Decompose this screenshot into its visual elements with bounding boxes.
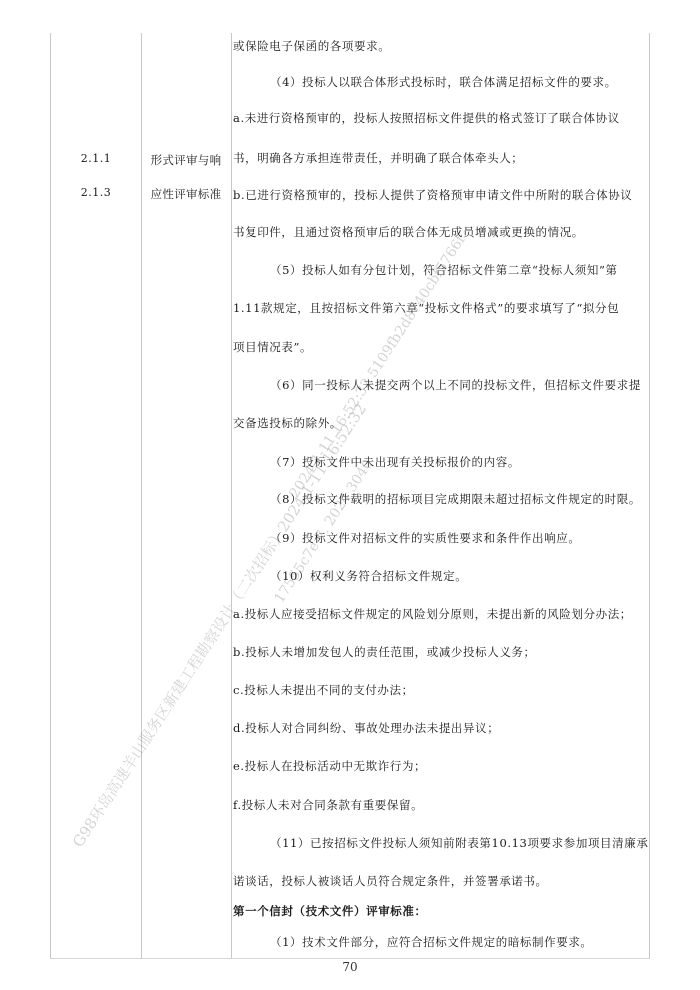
- content-line: （4）投标人以联合体形式投标时，联合体满足招标文件的要求。: [270, 74, 617, 90]
- content-line: a.投标人应接受招标文件规定的风险划分原则，未提出新的风险划分办法；: [233, 606, 632, 622]
- column-divider: [141, 33, 142, 958]
- content-line: c.投标人未提出不同的支付办法；: [233, 682, 414, 698]
- content-line: （11）已按招标文件投标人须知前附表第10.13项要求参加项目清廉承: [270, 835, 648, 851]
- content-line: 或保险电子保函的各项要求。: [233, 38, 390, 54]
- content-line: b.已进行资格预审的，投标人提供了资格预审申请文件中所附的联合体协议: [233, 187, 632, 203]
- clause-name-line: 形式评审与响: [141, 152, 231, 168]
- column-divider: [231, 33, 232, 958]
- content-line: （8）投标文件载明的招标项目完成期限未超过招标文件规定的时限。: [270, 491, 641, 507]
- content-line: a.未进行资格预审的，投标人按照招标文件提供的格式签订了联合体协议: [233, 110, 620, 126]
- content-line: 书复印件，且通过资格预审后的联合体无成员增减或更换的情况。: [233, 224, 584, 240]
- content-line: f.投标人未对合同条款有重要保留。: [233, 797, 423, 813]
- clause-number: 2.1.3: [51, 186, 141, 199]
- content-line: e.投标人在投标活动中无欺诈行为；: [233, 758, 426, 774]
- clause-name-line: 应性评审标准: [141, 186, 231, 202]
- section-heading: 第一个信封（技术文件）评审标准：: [233, 903, 427, 919]
- content-line: 诺谈话，投标人被谈话人员符合规定条件，并签署承诺书。: [233, 873, 548, 889]
- content-line: 交备选投标的除外。: [233, 415, 342, 431]
- content-line: （1）技术文件部分，应符合招标文件规定的暗标制作要求。: [270, 934, 593, 950]
- page-number: 70: [0, 960, 700, 974]
- content-line: （6）同一投标人未提交两个以上不同的投标文件，但招标文件要求提: [270, 377, 641, 393]
- content-line: 项目情况表”。: [233, 339, 312, 355]
- clause-number: 2.1.1: [51, 152, 141, 165]
- content-line: 书，明确各方承担连带责任，并明确了联合体牵头人；: [233, 150, 523, 166]
- content-line: b.投标人未增加发包人的责任范围，或减少投标人义务；: [233, 644, 536, 660]
- content-line: d.投标人对合同纠纷、事故处理办法未提出异议；: [233, 720, 499, 736]
